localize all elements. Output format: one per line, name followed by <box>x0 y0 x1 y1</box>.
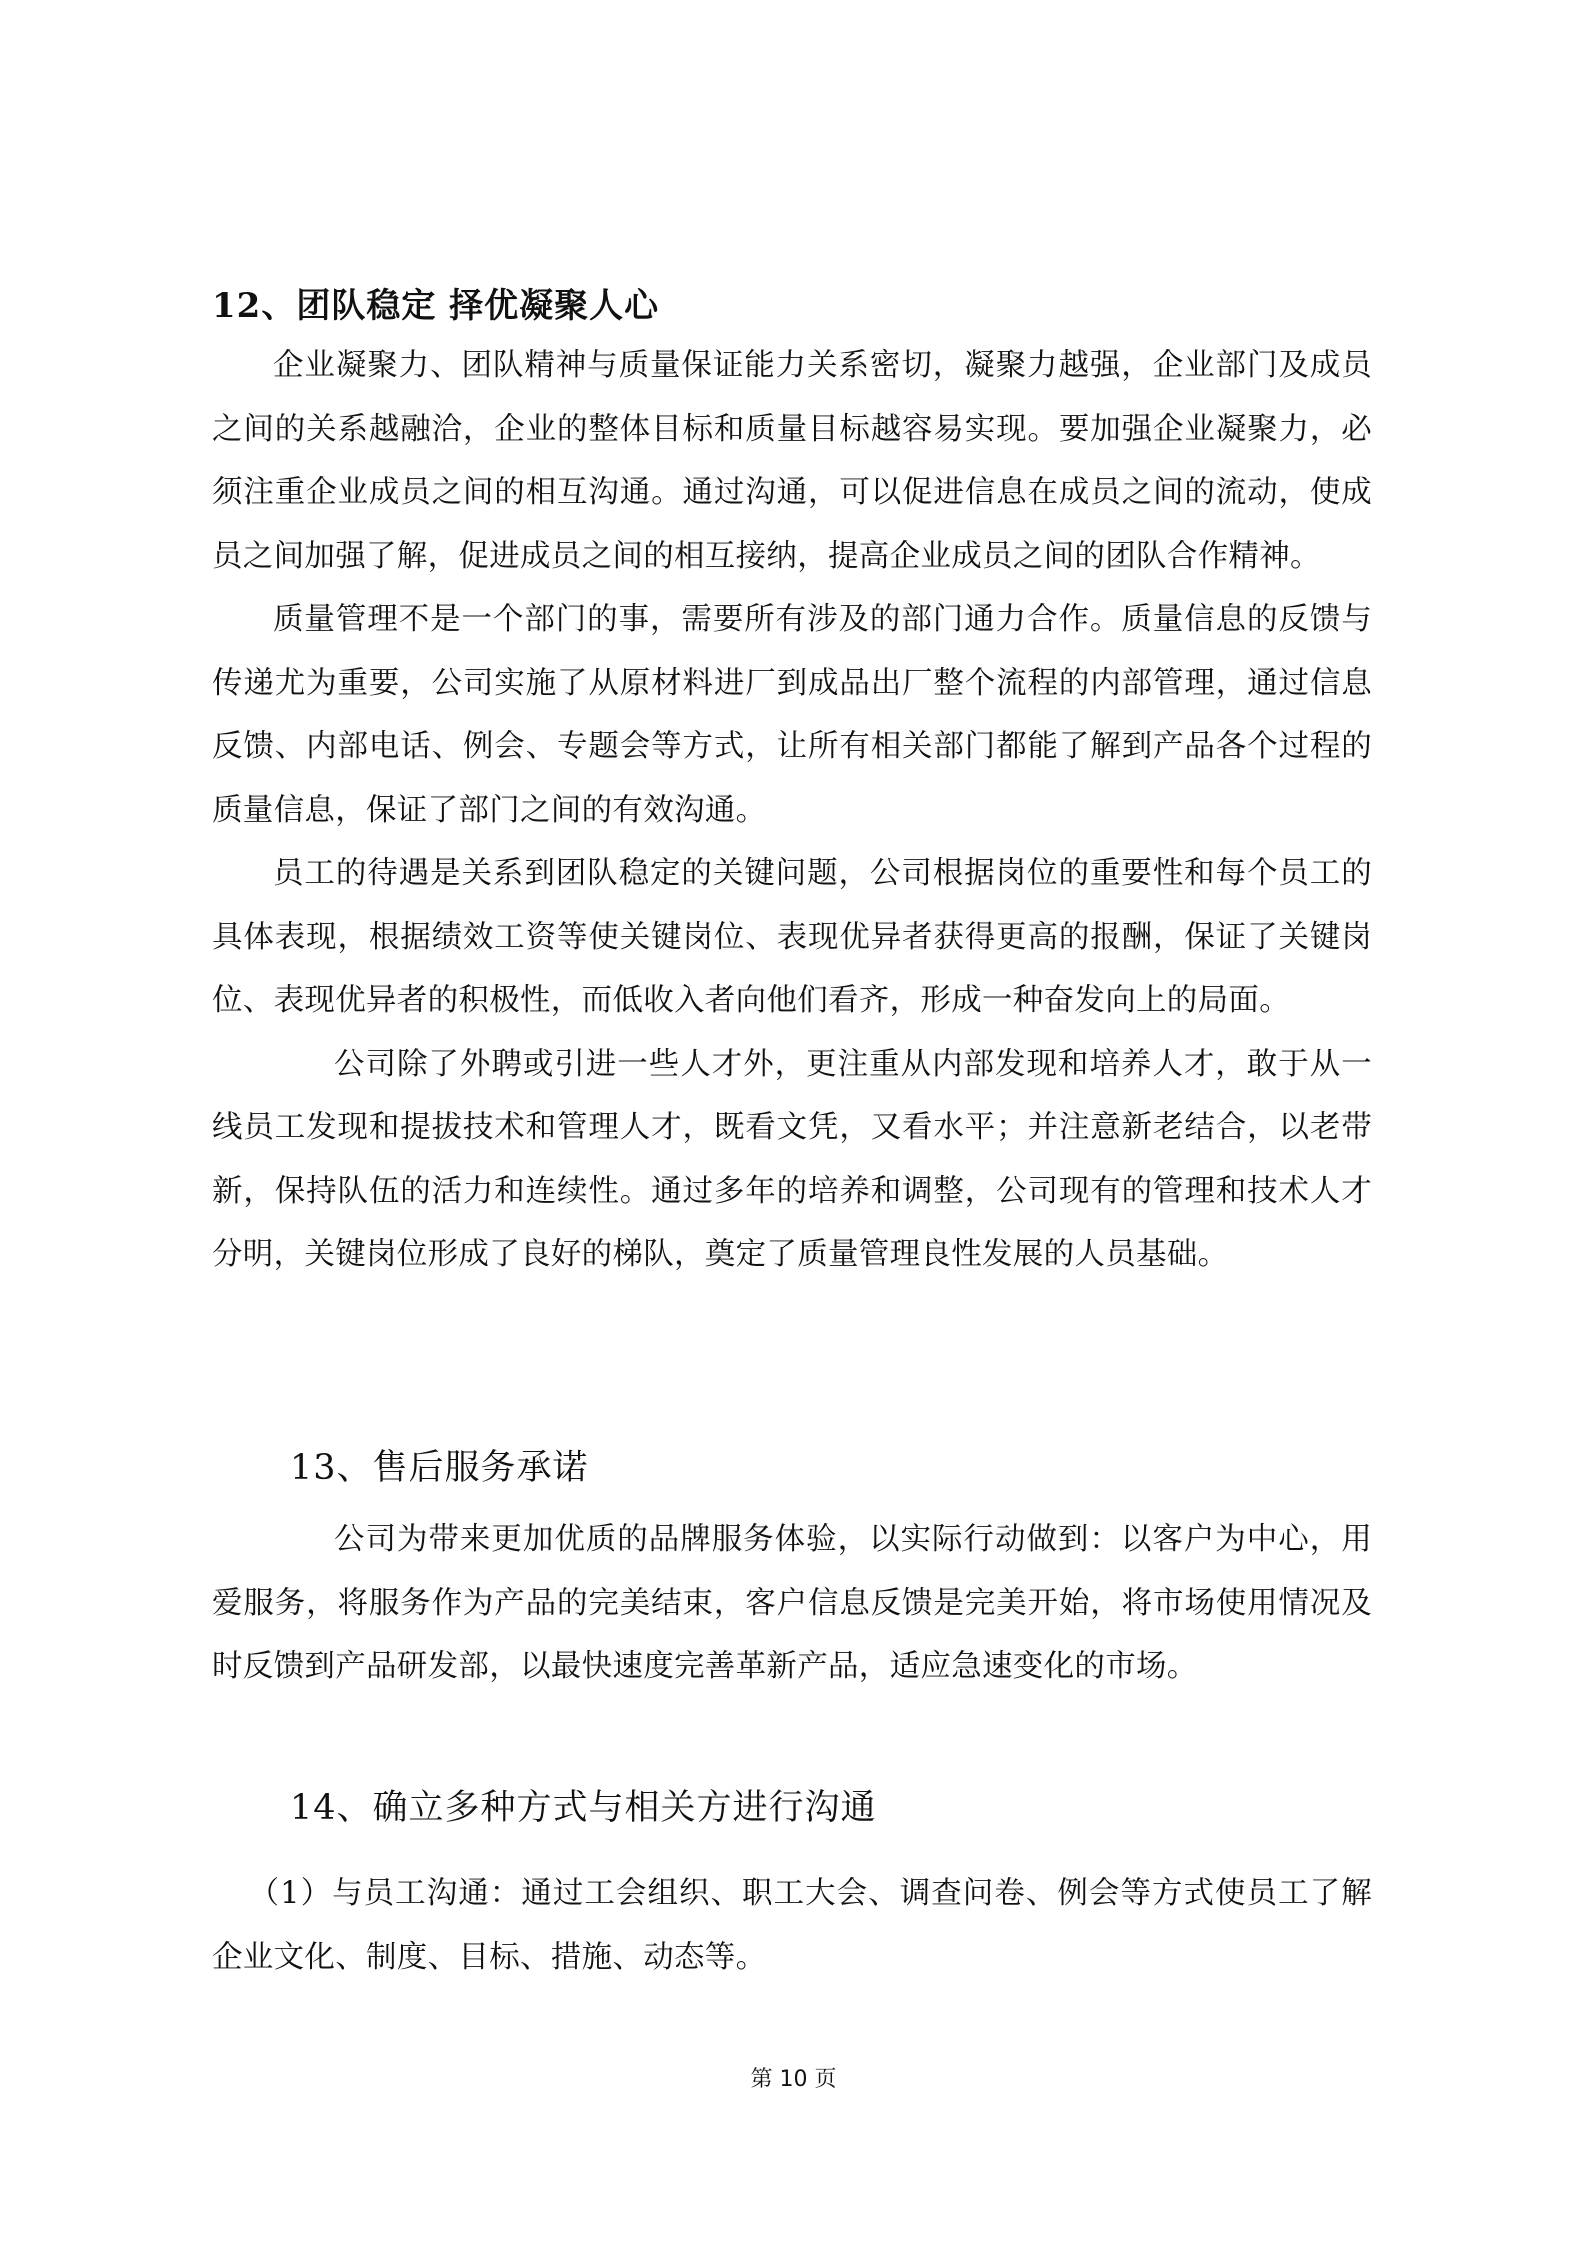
paragraph: 员工的待遇是关系到团队稳定的关键问题，公司根据岗位的重要性和每个员工的具体表现，… <box>212 842 1372 1033</box>
paragraph: 质量管理不是一个部门的事，需要所有涉及的部门通力合作。质量信息的反馈与传递尤为重… <box>212 588 1372 842</box>
section-12-body: 企业凝聚力、团队精神与质量保证能力关系密切，凝聚力越强，企业部门及成员之间的关系… <box>212 334 1372 1287</box>
section-13-body: 公司为带来更加优质的品牌服务体验，以实际行动做到：以客户为中心，用爱服务，将服务… <box>212 1508 1372 1699</box>
section-12-heading: 12、团队稳定 择优凝聚人心 <box>212 278 659 327</box>
section-14-body: （1）与员工沟通：通过工会组织、职工大会、调查问卷、例会等方式使员工了解企业文化… <box>212 1862 1372 1989</box>
paragraph: （1）与员工沟通：通过工会组织、职工大会、调查问卷、例会等方式使员工了解企业文化… <box>212 1862 1372 1989</box>
section-13-heading: 13、售后服务承诺 <box>290 1440 589 1490</box>
document-page: 12、团队稳定 择优凝聚人心 企业凝聚力、团队精神与质量保证能力关系密切，凝聚力… <box>0 0 1587 2245</box>
paragraph: 企业凝聚力、团队精神与质量保证能力关系密切，凝聚力越强，企业部门及成员之间的关系… <box>212 334 1372 588</box>
paragraph: 公司除了外聘或引进一些人才外，更注重从内部发现和培养人才，敢于从一线员工发现和提… <box>212 1033 1372 1287</box>
page-number: 第 10 页 <box>0 2062 1587 2093</box>
paragraph: 公司为带来更加优质的品牌服务体验，以实际行动做到：以客户为中心，用爱服务，将服务… <box>212 1508 1372 1699</box>
section-14-heading: 14、确立多种方式与相关方进行沟通 <box>290 1780 877 1830</box>
